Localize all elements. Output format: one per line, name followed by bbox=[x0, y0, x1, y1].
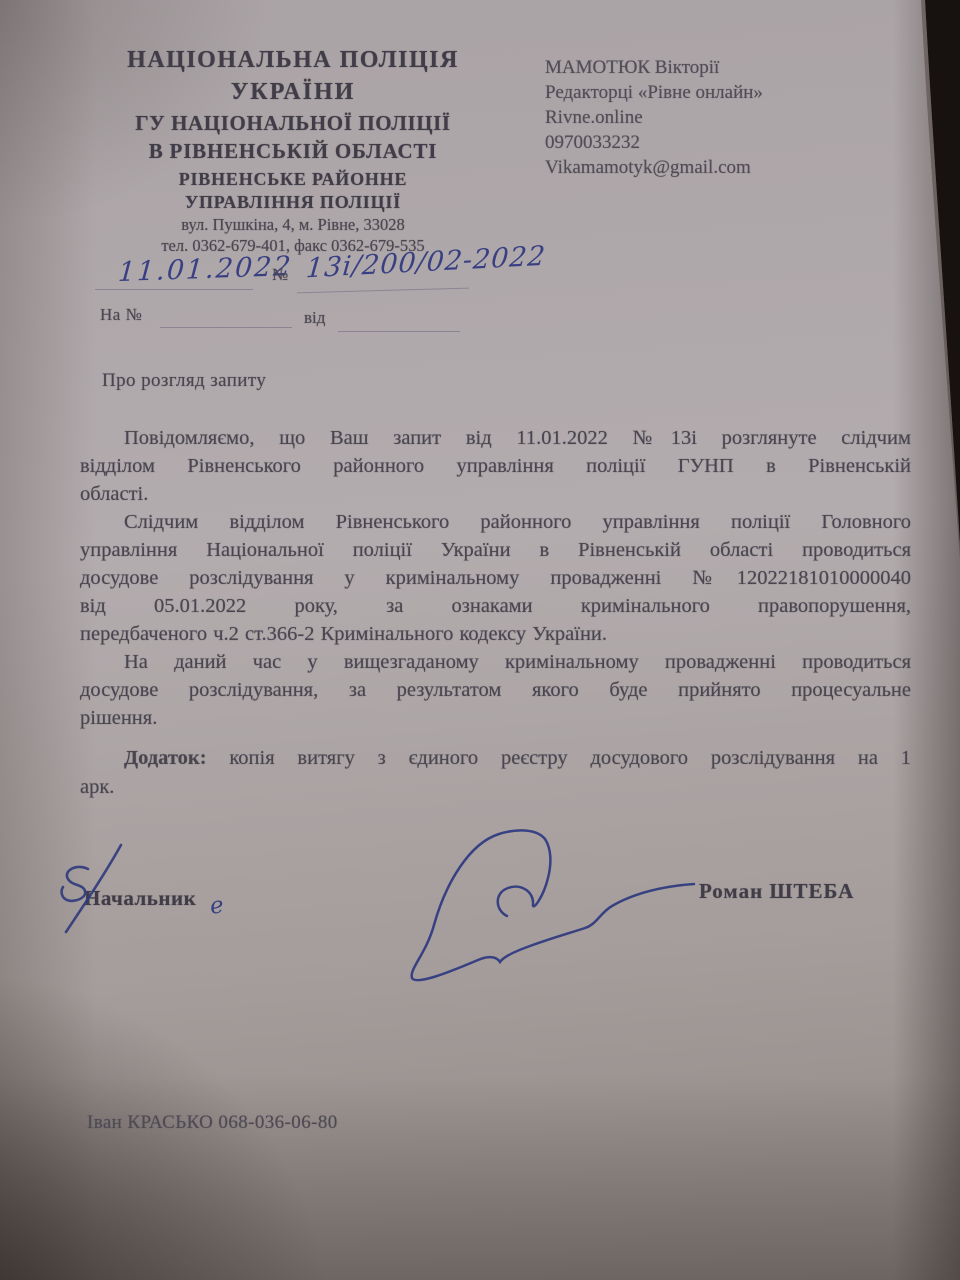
signer-position: Начальник bbox=[84, 886, 196, 911]
paragraph-line: Слідчим відділом Рівненського районного … bbox=[80, 508, 911, 536]
paragraph-line: На даний час у вищезгаданому кримінально… bbox=[80, 648, 911, 676]
paragraph-line: досудове розслідування у кримінальному п… bbox=[80, 564, 911, 592]
paragraph-line: управління Національної поліції України … bbox=[80, 536, 911, 564]
from-underline bbox=[338, 330, 460, 332]
recipient-email: Vikamamotyk@gmail.com bbox=[545, 155, 845, 180]
paragraph-line: Повідомляємо, що Ваш запит від 11.01.202… bbox=[80, 424, 911, 452]
from-label: від bbox=[304, 308, 325, 328]
date-underline bbox=[95, 288, 253, 290]
recipient-title: Редакторці «Рівне онлайн» bbox=[545, 80, 845, 105]
org-name-line2: УКРАЇНИ bbox=[85, 80, 501, 104]
paragraph-line: рішення. bbox=[80, 704, 911, 732]
handwritten-letter: е bbox=[208, 892, 225, 920]
number-label: № bbox=[272, 265, 288, 285]
on-number-underline bbox=[160, 326, 292, 328]
org-unit-line2: В РІВНЕНСЬКІЙ ОБЛАСТІ bbox=[85, 141, 501, 162]
subject-line: Про розгляд запиту bbox=[102, 370, 266, 392]
paper-edge-shade bbox=[921, 0, 960, 560]
attachment-label: Додаток: bbox=[124, 747, 207, 769]
org-name-line1: НАЦІОНАЛЬНА ПОЛІЦІЯ bbox=[85, 48, 501, 72]
attachment-line: Додаток: копія витягу з єдиного реєстру … bbox=[80, 744, 911, 773]
attachment-line: арк. bbox=[80, 773, 911, 802]
org-unit-line1: ГУ НАЦІОНАЛЬНОЇ ПОЛІЦІЇ bbox=[85, 113, 501, 134]
org-department-line2: УПРАВЛІННЯ ПОЛІЦІЇ bbox=[85, 193, 501, 211]
signature-ink bbox=[412, 830, 694, 980]
paragraph-line: досудове розслідування, за результатом я… bbox=[80, 676, 911, 704]
paragraph-line: області. bbox=[80, 480, 911, 508]
recipient-phone: 0970033232 bbox=[545, 130, 845, 155]
handwritten-date: 11.01.2022 bbox=[117, 251, 294, 288]
paragraph-line: від 05.01.2022 року, за ознаками криміна… bbox=[80, 592, 911, 620]
photo-background-corner bbox=[925, 0, 960, 545]
signer-name: Роман ШТЕБА bbox=[699, 879, 854, 904]
attachment-paragraph: Додаток: копія витягу з єдиного реєстру … bbox=[80, 744, 911, 802]
attachment-text: копія витягу з єдиного реєстру досудовог… bbox=[229, 747, 911, 769]
org-department-line1: РІВНЕНСЬКЕ РАЙОННЕ bbox=[85, 170, 501, 188]
recipient-site: Rivne.online bbox=[545, 105, 845, 130]
paragraph-line: передбаченого ч.2 ст.366-2 Кримінального… bbox=[80, 620, 911, 648]
document-photo: НАЦІОНАЛЬНА ПОЛІЦІЯ УКРАЇНИ ГУ НАЦІОНАЛЬ… bbox=[0, 0, 960, 1280]
executor-contact: Іван КРАСЬКО 068-036-06-80 bbox=[87, 1112, 338, 1134]
recipient-name: МАМОТЮК Вікторії bbox=[545, 55, 845, 80]
letterhead: НАЦІОНАЛЬНА ПОЛІЦІЯ УКРАЇНИ ГУ НАЦІОНАЛЬ… bbox=[85, 48, 501, 254]
recipient-block: МАМОТЮК Вікторії Редакторці «Рівне онлай… bbox=[545, 55, 845, 180]
org-address: вул. Пушкіна, 4, м. Рівне, 33028 bbox=[85, 217, 501, 234]
paragraph-line: відділом Рівненського районного управлін… bbox=[80, 452, 911, 480]
number-underline bbox=[297, 287, 469, 294]
body-text: Повідомляємо, що Ваш запит від 11.01.202… bbox=[80, 424, 911, 732]
on-number-label: На № bbox=[100, 305, 142, 325]
